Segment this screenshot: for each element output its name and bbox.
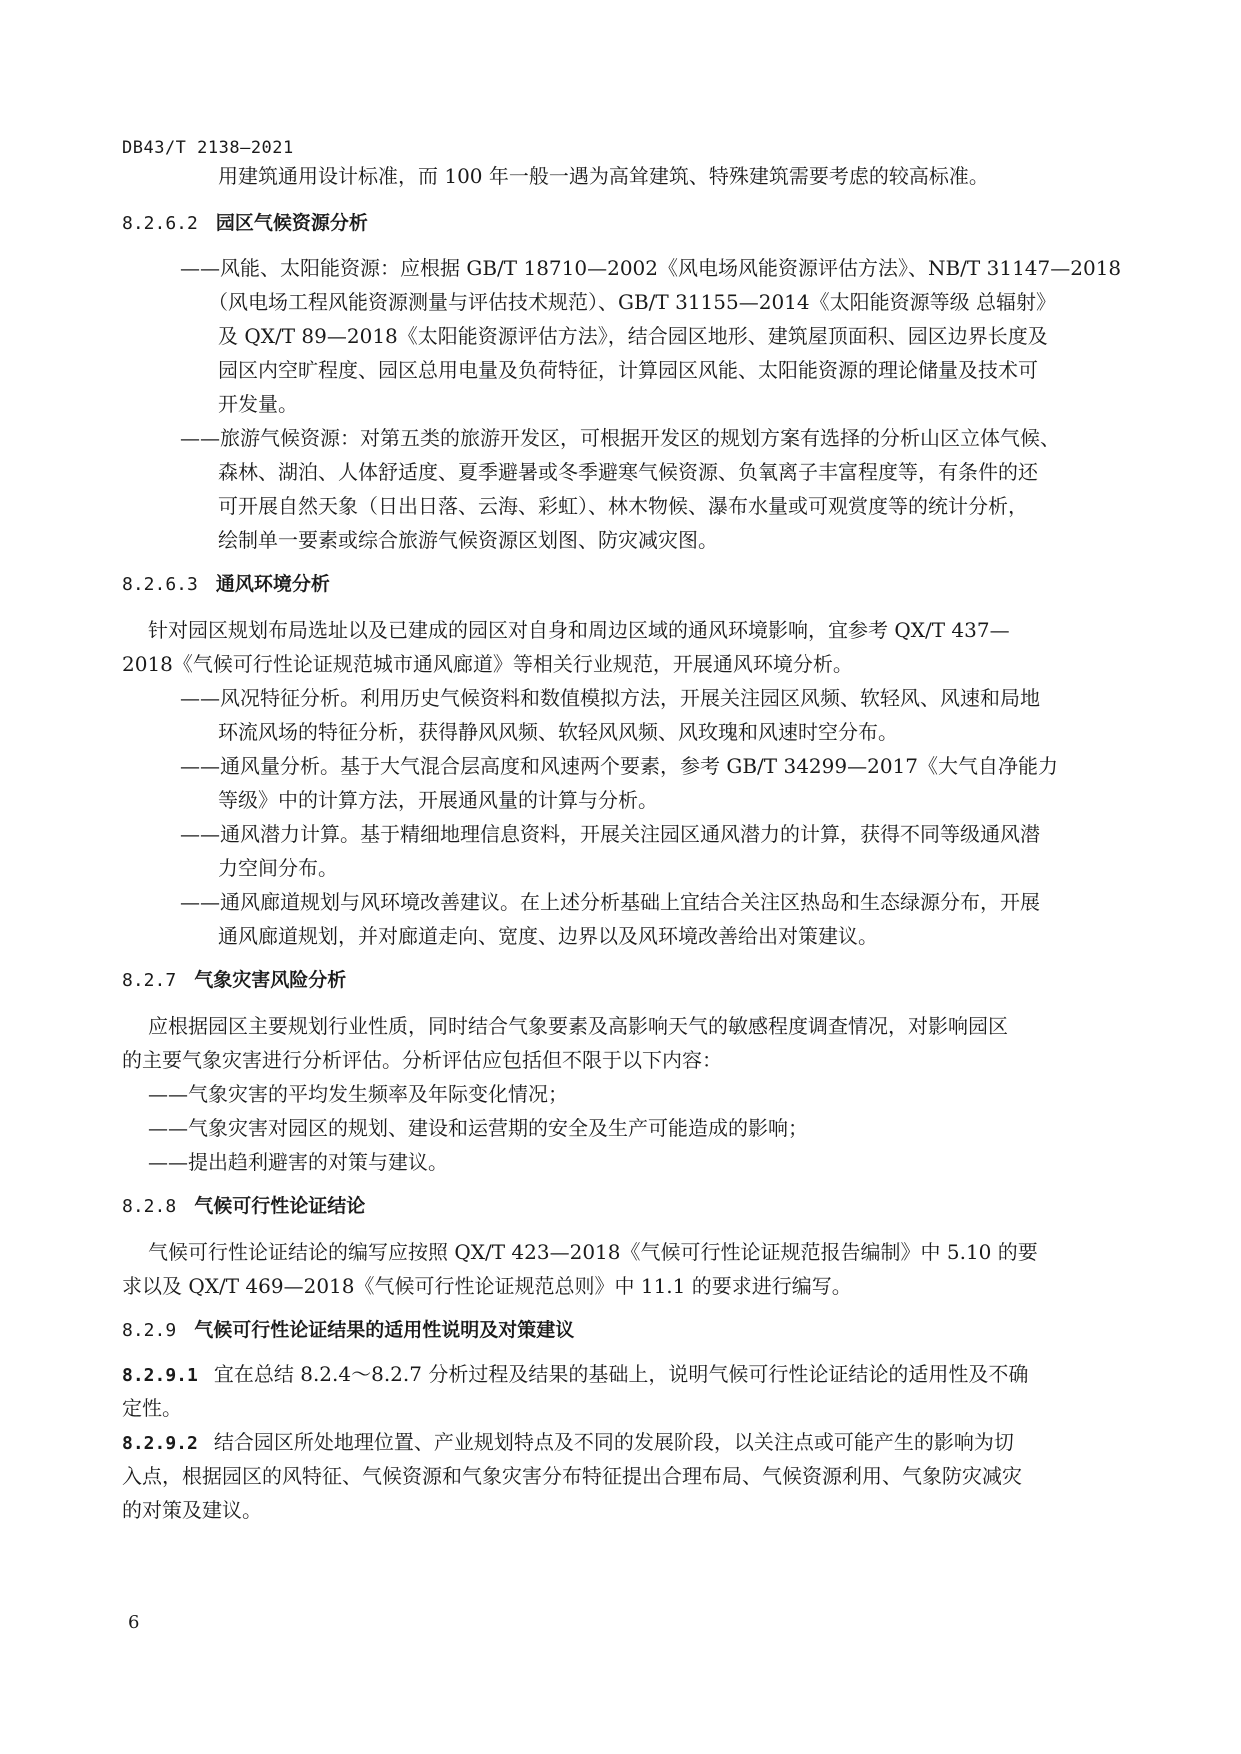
paragraph-line: 气候可行性论证结论的编写应按照 QX/T 423—2018《气候可行性论证规范报… [148,1240,1038,1264]
list-item-line: ——旅游气候资源：对第五类的旅游开发区，可根据开发区的规划方案有选择的分析山区立… [180,426,1060,450]
section-heading-8-2-7: 8.2.7气象灾害风险分析 [122,968,346,993]
paragraph-line: 求以及 QX/T 469—2018《气候可行性论证规范总则》中 11.1 的要求… [122,1274,852,1298]
section-heading-8-2-9: 8.2.9气候可行性论证结果的适用性说明及对策建议 [122,1318,574,1343]
list-item: ——提出趋利避害的对策与建议。 [148,1150,448,1174]
list-item-line: ——通风量分析。基于大气混合层高度和风速两个要素，参考 GB/T 34299—2… [180,754,1058,778]
list-item-line: 园区内空旷程度、园区总用电量及负荷特征，计算园区风能、太阳能资源的理论储量及技术… [218,358,1038,382]
document-code-header: DB43/T 2138—2021 [122,138,294,158]
paragraph-line: 针对园区规划布局选址以及已建成的园区对自身和周边区域的通风环境影响，宜参考 QX… [148,618,1010,642]
clause-number: 8.2.9.1 [122,1365,198,1386]
list-item-line: 及 QX/T 89—2018《太阳能资源评估方法》，结合园区地形、建筑屋顶面积、… [218,324,1048,348]
section-heading-8-2-6-2: 8.2.6.2园区气候资源分析 [122,211,368,236]
list-item-line: （风电场工程风能资源测量与评估技术规范）、GB/T 31155—2014《太阳能… [208,290,1056,314]
paragraph-continuation: 用建筑通用设计标准，而 100 年一般一遇为高耸建筑、特殊建筑需要考虑的较高标准… [218,164,989,188]
document-page: DB43/T 2138—2021 用建筑通用设计标准，而 100 年一般一遇为高… [0,0,1241,1754]
section-title: 气象灾害风险分析 [194,969,346,991]
section-title: 气候可行性论证结论 [194,1195,365,1217]
section-number: 8.2.8 [122,1196,176,1217]
clause-text: 宜在总结 8.2.4～8.2.7 分析过程及结果的基础上，说明气候可行性论证结论… [214,1362,1029,1386]
clause-text: 结合园区所处地理位置、产业规划特点及不同的发展阶段，以关注点或可能产生的影响为切 [214,1430,1014,1454]
list-item-line: ——通风廊道规划与风环境改善建议。在上述分析基础上宜结合关注区热岛和生态绿源分布… [180,890,1040,914]
section-title: 园区气候资源分析 [216,212,368,234]
list-item-line: 通风廊道规划，并对廊道走向、宽度、边界以及风环境改善给出对策建议。 [218,924,878,948]
section-number: 8.2.6.2 [122,213,198,234]
paragraph-line: 应根据园区主要规划行业性质，同时结合气象要素及高影响天气的敏感程度调查情况，对影… [148,1014,1008,1038]
list-item-line: 等级》中的计算方法，开展通风量的计算与分析。 [218,788,658,812]
list-item: ——气象灾害对园区的规划、建设和运营期的安全及生产可能造成的影响； [148,1116,808,1140]
list-item: ——气象灾害的平均发生频率及年际变化情况； [148,1082,568,1106]
paragraph-line: 的主要气象灾害进行分析评估。分析评估应包括但不限于以下内容： [122,1048,722,1072]
clause-line: 入点，根据园区的风特征、气候资源和气象灾害分布特征提出合理布局、气候资源利用、气… [122,1464,1022,1488]
section-title: 气候可行性论证结果的适用性说明及对策建议 [194,1319,574,1341]
list-item-line: 开发量。 [218,392,298,416]
list-item-line: ——风能、太阳能资源：应根据 GB/T 18710—2002《风电场风能资源评估… [180,256,1100,280]
clause-8-2-9-1: 8.2.9.1宜在总结 8.2.4～8.2.7 分析过程及结果的基础上，说明气候… [122,1362,1028,1388]
section-number: 8.2.7 [122,970,176,991]
section-title: 通风环境分析 [216,573,330,595]
clause-line: 的对策及建议。 [122,1498,262,1522]
list-item-line: 可开展自然天象（日出日落、云海、彩虹）、林木物候、瀑布水量或可观赏度等的统计分析… [218,494,1028,518]
list-item-line: 环流风场的特征分析，获得静风风频、软轻风风频、风玫瑰和风速时空分布。 [218,720,898,744]
list-item-line: 森林、湖泊、人体舒适度、夏季避暑或冬季避寒气候资源、负氧离子丰富程度等，有条件的… [218,460,1038,484]
clause-8-2-9-2: 8.2.9.2结合园区所处地理位置、产业规划特点及不同的发展阶段，以关注点或可能… [122,1430,1014,1456]
section-number: 8.2.6.3 [122,574,198,595]
section-number: 8.2.9 [122,1320,176,1341]
page-number: 6 [128,1612,139,1633]
list-item-line: 绘制单一要素或综合旅游气候资源区划图、防灾减灾图。 [218,528,718,552]
clause-line: 定性。 [122,1396,182,1420]
clause-number: 8.2.9.2 [122,1433,198,1454]
section-heading-8-2-8: 8.2.8气候可行性论证结论 [122,1194,365,1219]
list-item-line: ——通风潜力计算。基于精细地理信息资料，开展关注园区通风潜力的计算，获得不同等级… [180,822,1040,846]
list-item-line: ——风况特征分析。利用历史气候资料和数值模拟方法，开展关注园区风频、软轻风、风速… [180,686,1040,710]
list-item-line: 力空间分布。 [218,856,338,880]
section-heading-8-2-6-3: 8.2.6.3通风环境分析 [122,572,330,597]
paragraph-line: 2018《气候可行性论证规范城市通风廊道》等相关行业规范，开展通风环境分析。 [122,652,853,676]
